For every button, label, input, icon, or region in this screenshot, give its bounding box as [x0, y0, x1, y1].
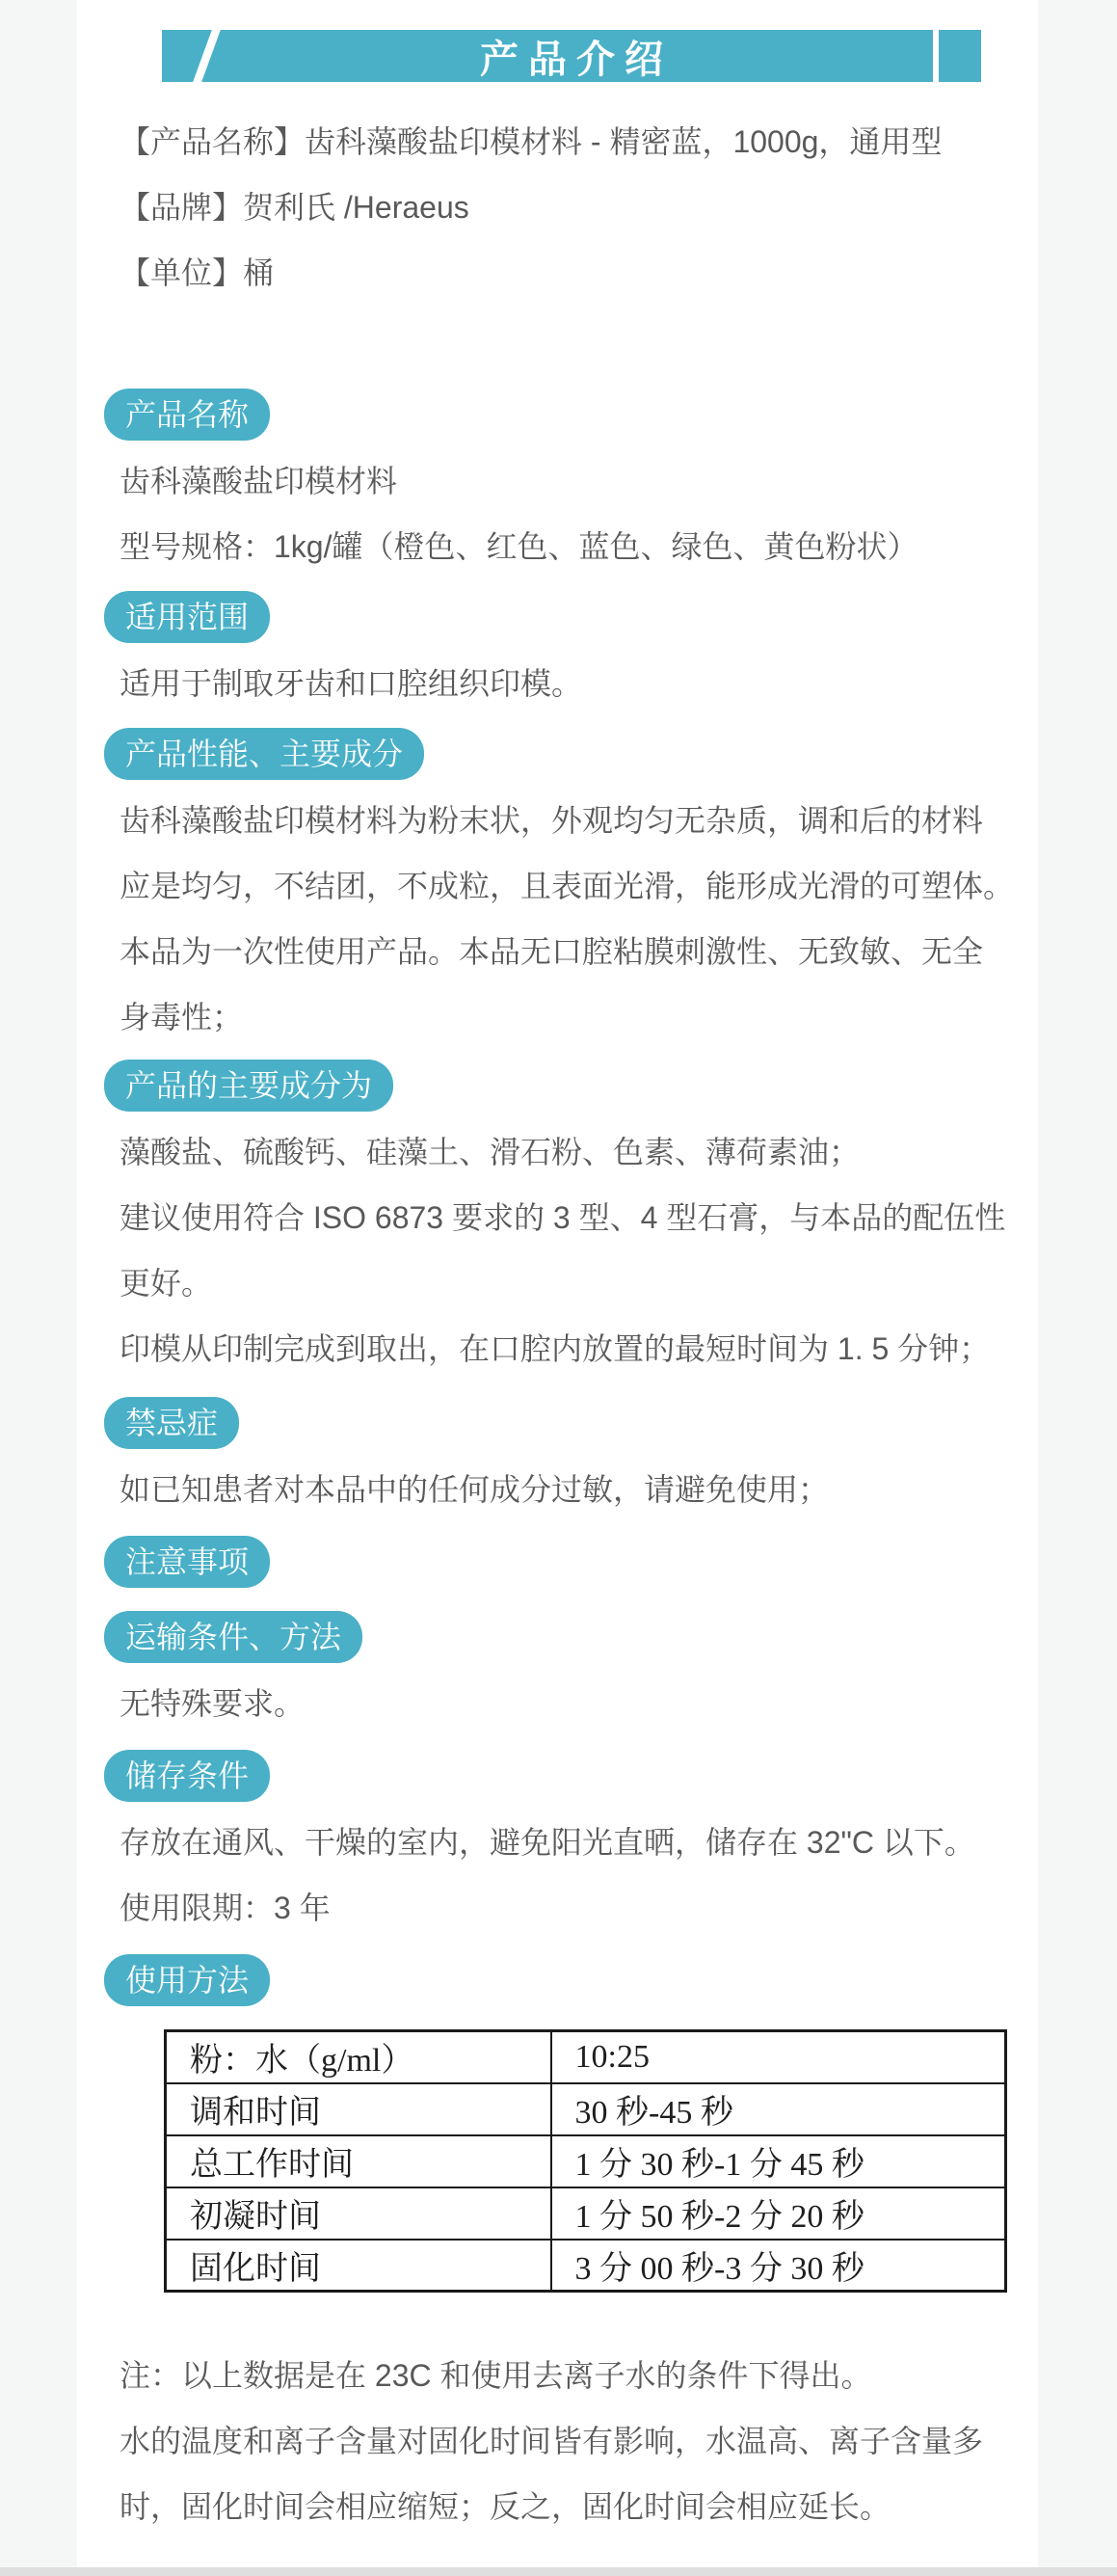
para-scope: 适用于制取牙齿和口腔组织印模。 — [77, 651, 1038, 716]
badge-row: 运输条件、方法 — [104, 1611, 1038, 1663]
meta-line-brand: 【品牌】贺利氏 /Heraeus — [120, 174, 1038, 240]
page-title: 产品介绍 — [470, 29, 673, 84]
para-line: 齿科藻酸盐印模材料 — [120, 448, 1038, 514]
badge-row: 产品性能、主要成分 — [104, 728, 1038, 780]
para-line: 更好。 — [120, 1250, 1038, 1316]
table-cell-value: 1 分 30 秒-1 分 45 秒 — [551, 2135, 1006, 2187]
badge-row: 储存条件 — [104, 1750, 1038, 1802]
table-cell-label: 粉：水（g/ml） — [166, 2031, 551, 2083]
table-cell-value: 30 秒-45 秒 — [551, 2083, 1006, 2135]
para-line: 藻酸盐、硫酸钙、硅藻土、滑石粉、色素、薄荷素油； — [120, 1119, 1038, 1185]
badge-row: 产品名称 — [104, 389, 1038, 441]
note-line: 时，固化时间会相应缩短；反之，固化时间会相应延长。 — [120, 2474, 1038, 2539]
table-row: 粉：水（g/ml） 10:25 — [166, 2031, 1006, 2083]
table-cell-value: 1 分 50 秒-2 分 20 秒 — [551, 2187, 1006, 2240]
table-cell-value: 3 分 00 秒-3 分 30 秒 — [551, 2240, 1006, 2292]
badge-scope: 适用范围 — [104, 591, 270, 643]
badge-row: 使用方法 — [104, 1954, 1038, 2006]
banner-slash-decoration — [193, 30, 221, 82]
notes: 注：以上数据是在 23C 和使用去离子水的条件下得出。 水的温度和离子含量对固化… — [77, 2343, 1038, 2539]
badge-row: 禁忌症 — [104, 1397, 1038, 1449]
note-line: 注：以上数据是在 23C 和使用去离子水的条件下得出。 — [120, 2343, 1038, 2408]
table-row: 固化时间 3 分 00 秒-3 分 30 秒 — [166, 2240, 1006, 2292]
badge-product-name: 产品名称 — [104, 389, 270, 441]
table-cell-label: 初凝时间 — [166, 2187, 551, 2240]
para-line: 适用于制取牙齿和口腔组织印模。 — [120, 651, 1038, 716]
badge-row: 适用范围 — [104, 591, 1038, 643]
para-transport: 无特殊要求。 — [77, 1671, 1038, 1736]
para-line: 存放在通风、干燥的室内，避免阳光直晒，储存在 32"C 以下。 — [120, 1810, 1038, 1875]
para-line: 齿科藻酸盐印模材料为粉末状，外观均匀无杂质，调和后的材料 — [120, 788, 1038, 853]
section-banner: 产品介绍 — [162, 30, 981, 82]
para-line: 无特殊要求。 — [120, 1671, 1038, 1736]
page: { "colors":{ "accent":"#49b0c7", "body_t… — [0, 0, 1117, 2576]
table-cell-value: 10:25 — [551, 2031, 1006, 2083]
badge-performance: 产品性能、主要成分 — [104, 728, 424, 780]
para-line: 型号规格：1kg/罐（橙色、红色、蓝色、绿色、黄色粉状） — [120, 514, 1038, 579]
note-line: 水的温度和离子含量对固化时间皆有影响，水温高、离子含量多 — [120, 2408, 1038, 2474]
para-line: 身毒性； — [120, 984, 1038, 1050]
badge-storage: 储存条件 — [104, 1750, 270, 1802]
table-cell-label: 固化时间 — [166, 2240, 551, 2292]
product-meta: 【产品名称】齿科藻酸盐印模材料 - 精密蓝，1000g，通用型 【品牌】贺利氏 … — [120, 109, 1038, 306]
para-line: 印模从印制完成到取出，在口腔内放置的最短时间为 1. 5 分钟； — [120, 1316, 1038, 1382]
para-line: 建议使用符合 ISO 6873 要求的 3 型、4 型石膏，与本品的配伍性 — [120, 1185, 1038, 1250]
usage-table: 粉：水（g/ml） 10:25 调和时间 30 秒-45 秒 总工作时间 1 分… — [164, 2029, 1007, 2293]
para-line: 使用限期：3 年 — [120, 1875, 1038, 1941]
table-row: 调和时间 30 秒-45 秒 — [166, 2083, 1006, 2135]
product-intro-panel: 产品介绍 【产品名称】齿科藻酸盐印模材料 - 精密蓝，1000g，通用型 【品牌… — [77, 0, 1038, 2576]
para-line: 应是均匀，不结团，不成粒，且表面光滑，能形成光滑的可塑体。 — [120, 853, 1038, 919]
badge-ingredients: 产品的主要成分为 — [104, 1060, 393, 1112]
para-product-name: 齿科藻酸盐印模材料 型号规格：1kg/罐（橙色、红色、蓝色、绿色、黄色粉状） — [77, 448, 1038, 579]
badge-transport: 运输条件、方法 — [104, 1611, 362, 1663]
badge-row: 注意事项 — [104, 1536, 1038, 1588]
para-line: 本品为一次性使用产品。本品无口腔粘膜刺激性、无致敏、无全 — [120, 919, 1038, 984]
badge-precautions: 注意事项 — [104, 1536, 270, 1588]
badge-row: 产品的主要成分为 — [104, 1060, 1038, 1112]
para-contraindications: 如已知患者对本品中的任何成分过敏，请避免使用； — [77, 1457, 1038, 1522]
badge-usage: 使用方法 — [104, 1954, 270, 2006]
table-cell-label: 总工作时间 — [166, 2135, 551, 2187]
meta-line-product-name: 【产品名称】齿科藻酸盐印模材料 - 精密蓝，1000g，通用型 — [120, 109, 1038, 174]
meta-line-unit: 【单位】桶 — [120, 240, 1038, 306]
para-ingredients: 藻酸盐、硫酸钙、硅藻土、滑石粉、色素、薄荷素油； 建议使用符合 ISO 6873… — [77, 1119, 1038, 1382]
table-row: 总工作时间 1 分 30 秒-1 分 45 秒 — [166, 2135, 1006, 2187]
para-line: 如已知患者对本品中的任何成分过敏，请避免使用； — [120, 1457, 1038, 1522]
para-storage: 存放在通风、干燥的室内，避免阳光直晒，储存在 32"C 以下。 使用限期：3 年 — [77, 1810, 1038, 1941]
bottom-edge-divider — [0, 2567, 1117, 2576]
para-performance: 齿科藻酸盐印模材料为粉末状，外观均匀无杂质，调和后的材料 应是均匀，不结团，不成… — [77, 788, 1038, 1050]
table-row: 初凝时间 1 分 50 秒-2 分 20 秒 — [166, 2187, 1006, 2240]
badge-contraindications: 禁忌症 — [104, 1397, 239, 1449]
banner-gap-decoration — [933, 30, 939, 82]
table-cell-label: 调和时间 — [166, 2083, 551, 2135]
